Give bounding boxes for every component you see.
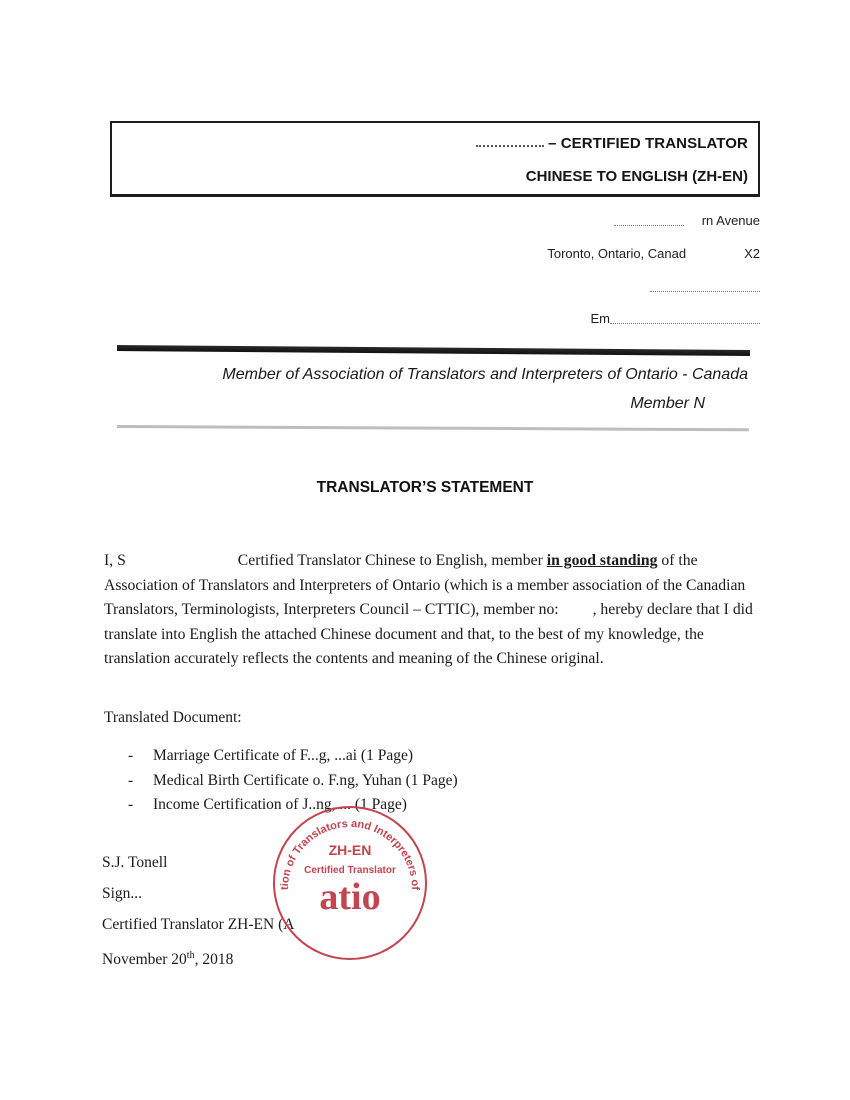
address-street: rn Avenue <box>614 213 760 228</box>
signed-label: Sign... <box>102 878 294 909</box>
divider-thin <box>117 425 749 431</box>
redaction <box>650 283 760 292</box>
redaction <box>614 217 684 226</box>
address-city: Toronto, Ontario, CanadX2 <box>547 246 760 261</box>
redaction <box>610 315 760 324</box>
translated-docs-label: Translated Document: <box>104 709 242 727</box>
list-item: -Medical Birth Certificate o. F.ng, Yuha… <box>128 769 458 794</box>
svg-text:atio: atio <box>319 876 380 918</box>
statement-body: I, SCertified Translator Chinese to Engl… <box>104 549 764 672</box>
language-pair: CHINESE TO ENGLISH (ZH-EN) <box>526 168 748 185</box>
signer-name: S.J. Tonell <box>102 847 294 878</box>
address-phone <box>640 279 760 293</box>
credential: Certified Translator ZH-EN (A <box>102 909 294 940</box>
letterhead-box: – CERTIFIED TRANSLATOR CHINESE TO ENGLIS… <box>110 121 760 197</box>
good-standing-emphasis: in good standing <box>547 552 658 569</box>
svg-text:ZH-EN: ZH-EN <box>329 842 372 858</box>
atio-seal-icon: Association of Translators and Interpret… <box>270 803 430 963</box>
address-email: Em <box>591 311 761 326</box>
signature-date: November 20th, 2018 <box>102 940 294 975</box>
redacted-name <box>476 136 544 150</box>
divider-thick <box>117 345 750 356</box>
signature-block: S.J. Tonell Sign... Certified Translator… <box>102 847 294 975</box>
association-membership: Member of Association of Translators and… <box>222 366 748 384</box>
statement-title: TRANSLATOR’S STATEMENT <box>0 479 850 497</box>
svg-text:Certified Translator: Certified Translator <box>304 865 396 876</box>
list-item: -Marriage Certificate of F...g, ...ai (1… <box>128 744 458 769</box>
document-page: – CERTIFIED TRANSLATOR CHINESE TO ENGLIS… <box>0 0 850 1100</box>
translator-title: – CERTIFIED TRANSLATOR <box>476 135 748 152</box>
member-number-label: Member N <box>630 395 705 413</box>
